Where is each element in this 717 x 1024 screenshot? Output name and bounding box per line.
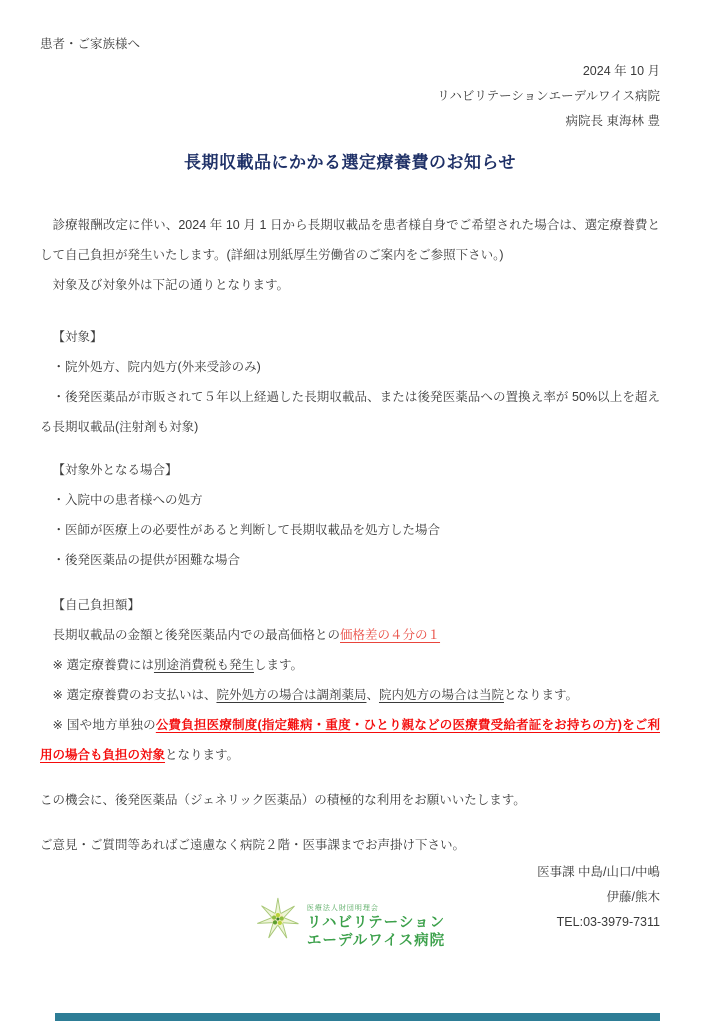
- note-tax-post: します。: [254, 658, 303, 672]
- note-public-aid-post: となります。: [165, 748, 239, 762]
- intro-paragraph: 診療報酬改定に伴い、2024 年 10 月 1 日から長期収載品を患者様自身でご…: [40, 210, 660, 270]
- date-line: 2024 年 10 月: [40, 59, 660, 84]
- logo-org-line: 医療法人財団明理会: [307, 905, 379, 912]
- note-payment-post: となります。: [504, 688, 578, 702]
- director-line: 病院長 東海林 豊: [40, 109, 660, 134]
- note-payment-underlined-2: 院内処方の場合は当院: [379, 688, 504, 702]
- target-bullet-1: ・院外処方、院内処方(外来受診のみ): [40, 352, 660, 382]
- burden-formula-red-text: 価格差の４分の１: [340, 628, 440, 642]
- burden-formula-prefix: 長期収載品の金額と後発医薬品内での最高価格との: [53, 628, 341, 642]
- excluded-bullet-2: ・医師が医療上の必要性があると判断して長期収載品を処方した場合: [40, 515, 660, 545]
- note-public-aid-pre: ※ 国や地方単独の: [53, 718, 156, 732]
- target-bullet-2: ・後発医薬品が市販されて５年以上経過した長期収載品、または後発医薬品への置換え率…: [40, 382, 660, 442]
- page-title: 長期収載品にかかる選定療養費のお知らせ: [40, 148, 660, 177]
- note-payment-underlined-1: 院外処方の場合は調剤薬局: [216, 688, 366, 702]
- footer-teal-bar: [55, 1013, 660, 1021]
- note-tax-pre: ※ 選定療養費には: [53, 658, 154, 672]
- section-target-heading: 【対象】: [40, 322, 660, 352]
- note-tax-underlined: 別途消費税も発生: [154, 658, 254, 672]
- note-payment-mid: 、: [366, 688, 379, 702]
- closing-generic-request: この機会に、後発医薬品（ジェネリック医薬品）の積極的な利用をお願いいたします。: [40, 785, 660, 815]
- excluded-bullet-1: ・入院中の患者様への処方: [40, 485, 660, 515]
- logo-name-line-2: エーデルワイス病院: [307, 933, 445, 949]
- logo-text-block: 医療法人財団明理会 リハビリテーション エーデルワイス病院: [307, 899, 445, 951]
- contact-dept-line: 医事課 中島/山口/中嶋: [40, 860, 660, 885]
- section-excluded-heading: 【対象外となる場合】: [40, 455, 660, 485]
- burden-note-tax: ※ 選定療養費には別途消費税も発生します。: [40, 650, 660, 680]
- burden-formula-line: 長期収載品の金額と後発医薬品内での最高価格との価格差の４分の１: [40, 620, 660, 650]
- footer-area: 医事課 中島/山口/中嶋 伊藤/熊木 TEL:03-3979-7311: [40, 860, 660, 1010]
- notice-document: 患者・ご家族様へ 2024 年 10 月 リハビリテーションエーデルワイス病院 …: [0, 0, 717, 1010]
- section-burden-heading: 【自己負担額】: [40, 590, 660, 620]
- header-right-block: 2024 年 10 月 リハビリテーションエーデルワイス病院 病院長 東海林 豊: [40, 59, 660, 134]
- burden-note-public-aid: ※ 国や地方単独の公費負担医療制度(指定難病・重度・ひとり親などの医療費受給者証…: [40, 710, 660, 770]
- logo-name-line-1: リハビリテーション: [307, 915, 445, 931]
- note-payment-pre: ※ 選定療養費のお支払いは、: [53, 688, 217, 702]
- edelweiss-flower-icon: [255, 896, 301, 953]
- recipient-line: 患者・ご家族様へ: [40, 30, 660, 59]
- intro-paragraph-2: 対象及び対象外は下記の通りとなります。: [40, 270, 660, 300]
- burden-note-payment: ※ 選定療養費のお支払いは、院外処方の場合は調剤薬局、院内処方の場合は当院となり…: [40, 680, 660, 710]
- closing-contact-note: ご意見・ご質問等あればご遠慮なく病院２階・医事課までお声掛け下さい。: [40, 830, 660, 860]
- excluded-bullet-3: ・後発医薬品の提供が困難な場合: [40, 545, 660, 575]
- hospital-name-line: リハビリテーションエーデルワイス病院: [40, 84, 660, 109]
- hospital-logo: 医療法人財団明理会 リハビリテーション エーデルワイス病院: [255, 896, 445, 953]
